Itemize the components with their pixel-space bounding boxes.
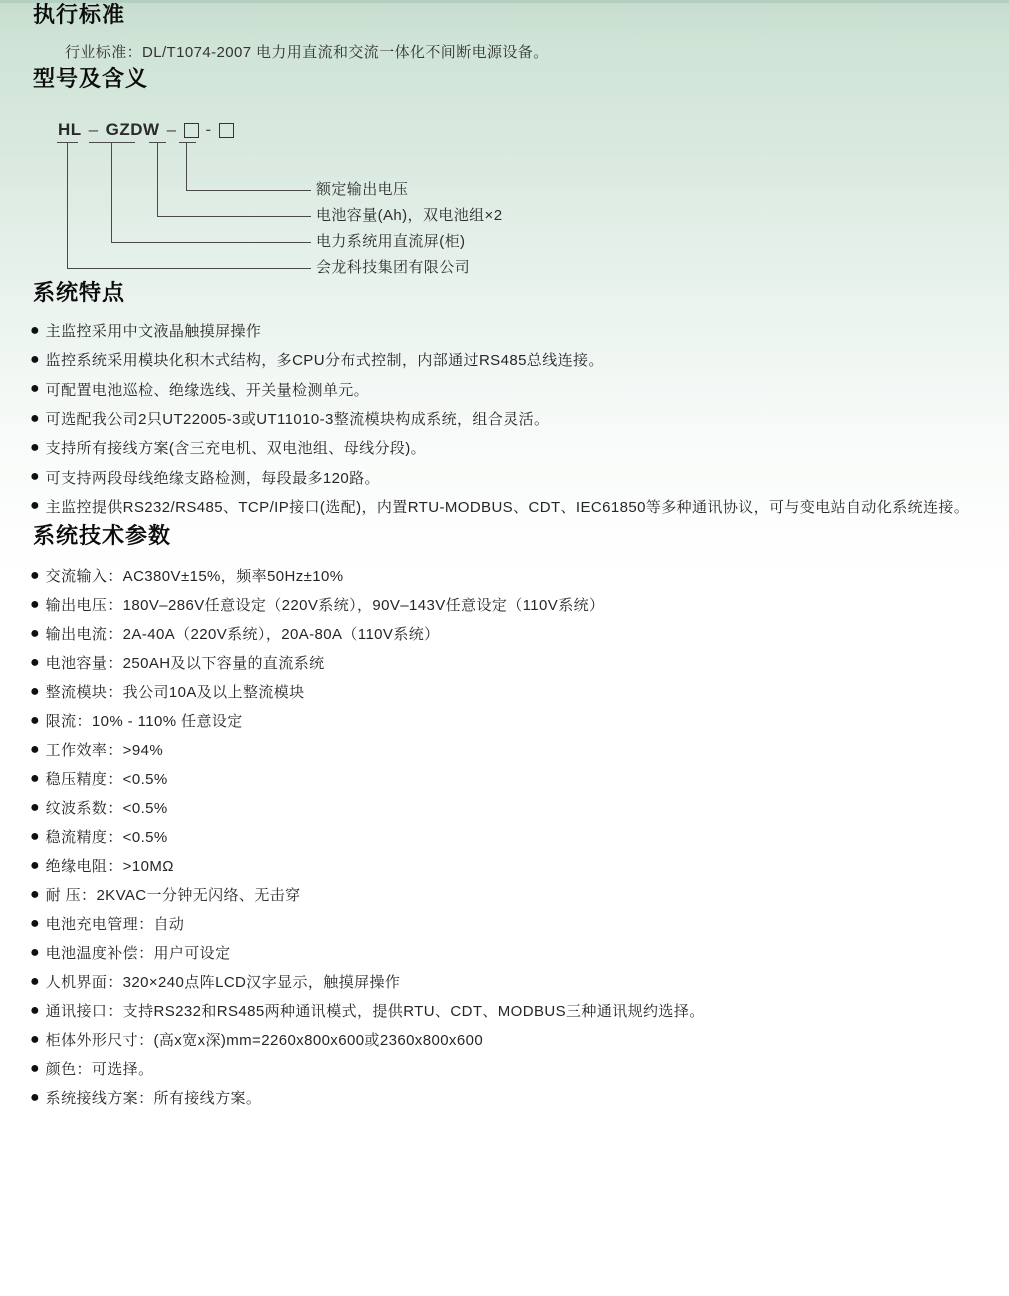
spec-list-item: ● 人机界面：320×240点阵LCD汉字显示，触摸屏操作 [30, 967, 1009, 996]
bullet-dot-icon: ● [30, 1032, 40, 1048]
spec-item-text: 人机界面：320×240点阵LCD汉字显示，触摸屏操作 [46, 971, 401, 992]
spec-item-text: 绝缘电阻：>10MΩ [46, 855, 174, 876]
spec-list-item: ● 限流：10% - 110% 任意设定 [30, 706, 1009, 735]
feature-item-text: 主监控采用中文液晶触摸屏操作 [46, 320, 262, 341]
spec-list-item: ● 稳压精度：<0.5% [30, 764, 1009, 793]
spec-item-text: 稳压精度：<0.5% [46, 768, 168, 789]
dash-separator: – [167, 120, 177, 140]
bullet-dot-icon: ● [30, 887, 40, 903]
spec-list-item: ● 电池充电管理：自动 [30, 909, 1009, 938]
spec-item-text: 系统接线方案：所有接线方案。 [46, 1087, 262, 1108]
spec-list-item: ● 颜色：可选择。 [30, 1054, 1009, 1083]
spec-item-text: 柜体外形尺寸：(高x宽x深)mm=2260x800x600或2360x800x6… [46, 1029, 483, 1050]
spec-list-item: ● 纹波系数：<0.5% [30, 793, 1009, 822]
bullet-dot-icon: ● [30, 469, 40, 485]
bullet-dot-icon: ● [30, 858, 40, 874]
dash-separator: - [206, 120, 212, 140]
model-series-code: GZDW [106, 120, 160, 140]
feature-item-text: 可配置电池巡检、绝缘选线、开关量检测单元。 [46, 379, 369, 400]
bullet-dot-icon: ● [30, 684, 40, 700]
feature-item-text: 主监控提供RS232/RS485、TCP/IP接口(选配)，内置RTU-MODB… [46, 496, 970, 517]
feature-list-item: ● 支持所有接线方案(含三充电机、双电池组、母线分段)。 [30, 433, 1009, 462]
spec-list-item: ● 输出电压：180V–286V任意设定（220V系统），90V–143V任意设… [30, 590, 1009, 619]
model-code-row: HL – GZDW – - [58, 120, 234, 140]
model-label-company-name: 会龙科技集团有限公司 [316, 258, 470, 278]
spec-item-text: 稳流精度：<0.5% [46, 826, 168, 847]
spec-item-text: 电池容量：250AH及以下容量的直流系统 [46, 652, 325, 673]
spec-list-item: ● 绝缘电阻：>10MΩ [30, 851, 1009, 880]
bullet-dot-icon: ● [30, 829, 40, 845]
model-label-battery-capacity: 电池容量(Ah)，双电池组×2 [316, 206, 502, 226]
bullet-dot-icon: ● [30, 742, 40, 758]
spec-list-item: ● 稳流精度：<0.5% [30, 822, 1009, 851]
spec-list-item: ● 电池温度补偿：用户可设定 [30, 938, 1009, 967]
spec-item-text: 交流输入：AC380V±15%，频率50Hz±10% [46, 565, 344, 586]
bullet-dot-icon: ● [30, 626, 40, 642]
spec-list-item: ● 交流输入：AC380V±15%，频率50Hz±10% [30, 561, 1009, 590]
bullet-dot-icon: ● [30, 597, 40, 613]
feature-list-item: ● 主监控采用中文液晶触摸屏操作 [30, 316, 1009, 345]
feature-item-text: 可支持两段母线绝缘支路检测，每段最多120路。 [46, 467, 380, 488]
bullet-dot-icon: ● [30, 916, 40, 932]
bullet-dot-icon: ● [30, 440, 40, 456]
bullet-dot-icon: ● [30, 771, 40, 787]
datasheet-page: 执行标准 行业标准：DL/T1074-2007 电力用直流和交流一体化不间断电源… [0, 0, 1009, 1296]
bullet-dot-icon: ● [30, 655, 40, 671]
model-placeholder-box-icon [219, 123, 234, 138]
bullet-dot-icon: ● [30, 1090, 40, 1106]
bullet-dot-icon: ● [30, 323, 40, 339]
feature-list-item: ● 可配置电池巡检、绝缘选线、开关量检测单元。 [30, 375, 1009, 404]
spec-item-text: 电池充电管理：自动 [46, 913, 185, 934]
bullet-dot-icon: ● [30, 800, 40, 816]
model-code-diagram: HL – GZDW – - 额定输出电压 电池容量(Ah)，双电池组×2 电力系… [0, 118, 1009, 278]
section-heading-features: 系统特点 [0, 278, 1009, 308]
bullet-dot-icon: ● [30, 974, 40, 990]
bullet-dot-icon: ● [30, 498, 40, 514]
bullet-dot-icon: ● [30, 381, 40, 397]
bullet-dot-icon: ● [30, 1061, 40, 1077]
top-edge-strip [0, 0, 1009, 3]
spec-list-item: ● 柜体外形尺寸：(高x宽x深)mm=2260x800x600或2360x800… [30, 1025, 1009, 1054]
spec-item-text: 通讯接口：支持RS232和RS485两种通讯模式，提供RTU、CDT、MODBU… [46, 1000, 705, 1021]
specs-list: ● 交流输入：AC380V±15%，频率50Hz±10% ● 输出电压：180V… [0, 561, 1009, 1112]
bullet-dot-icon: ● [30, 1003, 40, 1019]
feature-item-text: 可选配我公司2只UT22005-3或UT11010-3整流模块构成系统，组合灵活… [46, 408, 550, 429]
bullet-dot-icon: ● [30, 713, 40, 729]
model-label-dc-panel: 电力系统用直流屏(柜) [316, 232, 465, 252]
spec-list-item: ● 通讯接口：支持RS232和RS485两种通讯模式，提供RTU、CDT、MOD… [30, 996, 1009, 1025]
spec-list-item: ● 工作效率：>94% [30, 735, 1009, 764]
connector-line-company [67, 143, 311, 269]
section-heading-standard: 执行标准 [0, 0, 1009, 30]
model-company-code: HL [58, 120, 82, 140]
bullet-dot-icon: ● [30, 352, 40, 368]
spec-list-item: ● 输出电流：2A-40A（220V系统），20A-80A（110V系统） [30, 619, 1009, 648]
spec-item-text: 工作效率：>94% [46, 739, 163, 760]
spec-item-text: 纹波系数：<0.5% [46, 797, 168, 818]
feature-list-item: ● 可支持两段母线绝缘支路检测，每段最多120路。 [30, 462, 1009, 491]
spec-list-item: ● 耐 压：2KVAC一分钟无闪络、无击穿 [30, 880, 1009, 909]
spec-item-text: 限流：10% - 110% 任意设定 [46, 710, 243, 731]
features-list: ● 主监控采用中文液晶触摸屏操作 ● 监控系统采用模块化积木式结构，多CPU分布… [0, 316, 1009, 521]
bullet-dot-icon: ● [30, 411, 40, 427]
feature-list-item: ● 可选配我公司2只UT22005-3或UT11010-3整流模块构成系统，组合… [30, 404, 1009, 433]
standard-body-text: 行业标准：DL/T1074-2007 电力用直流和交流一体化不间断电源设备。 [0, 42, 1009, 64]
feature-item-text: 支持所有接线方案(含三充电机、双电池组、母线分段)。 [46, 437, 426, 458]
spec-item-text: 耐 压：2KVAC一分钟无闪络、无击穿 [46, 884, 301, 905]
model-label-rated-voltage: 额定输出电压 [316, 180, 408, 200]
spec-list-item: ● 系统接线方案：所有接线方案。 [30, 1083, 1009, 1112]
spec-item-text: 输出电压：180V–286V任意设定（220V系统），90V–143V任意设定（… [46, 594, 605, 615]
section-heading-specs: 系统技术参数 [0, 521, 1009, 551]
spec-item-text: 颜色：可选择。 [46, 1058, 154, 1079]
feature-item-text: 监控系统采用模块化积木式结构，多CPU分布式控制，内部通过RS485总线连接。 [46, 349, 604, 370]
model-placeholder-box-icon [184, 123, 199, 138]
spec-item-text: 电池温度补偿：用户可设定 [46, 942, 231, 963]
feature-list-item: ● 监控系统采用模块化积木式结构，多CPU分布式控制，内部通过RS485总线连接… [30, 345, 1009, 374]
bullet-dot-icon: ● [30, 945, 40, 961]
spec-item-text: 输出电流：2A-40A（220V系统），20A-80A（110V系统） [46, 623, 440, 644]
bullet-dot-icon: ● [30, 568, 40, 584]
section-heading-model: 型号及含义 [0, 64, 1009, 94]
spec-list-item: ● 整流模块：我公司10A及以上整流模块 [30, 677, 1009, 706]
spec-item-text: 整流模块：我公司10A及以上整流模块 [46, 681, 305, 702]
spec-list-item: ● 电池容量：250AH及以下容量的直流系统 [30, 648, 1009, 677]
feature-list-item: ● 主监控提供RS232/RS485、TCP/IP接口(选配)，内置RTU-MO… [30, 492, 1009, 521]
dash-separator: – [89, 120, 99, 140]
